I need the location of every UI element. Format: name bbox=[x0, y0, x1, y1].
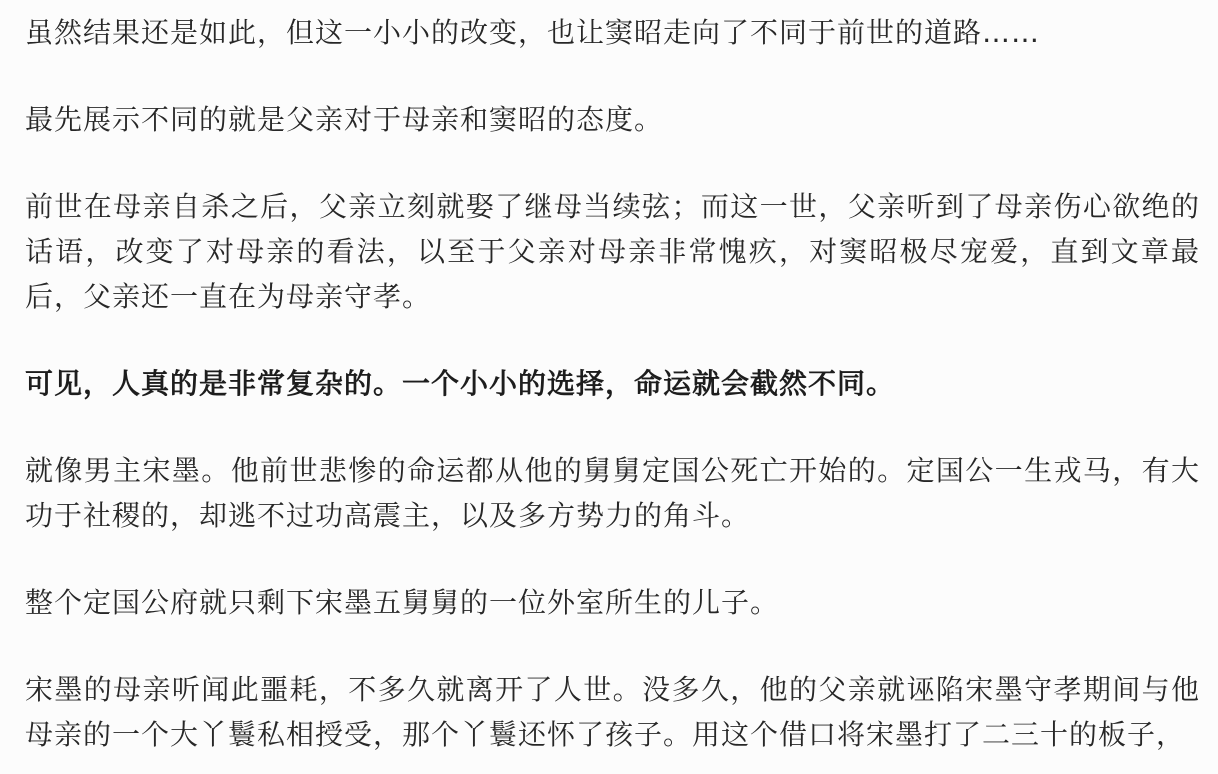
paragraph-7: 宋墨的母亲听闻此噩耗，不多久就离开了人世。没多久，他的父亲就诬陷宋墨守孝期间与他… bbox=[25, 667, 1200, 757]
article-body: 虽然结果还是如此，但这一小小的改变，也让窦昭走向了不同于前世的道路…… 最先展示… bbox=[0, 0, 1218, 774]
paragraph-1: 虽然结果还是如此，但这一小小的改变，也让窦昭走向了不同于前世的道路…… bbox=[25, 10, 1200, 55]
paragraph-6: 整个定国公府就只剩下宋墨五舅舅的一位外室所生的儿子。 bbox=[25, 580, 1200, 625]
paragraph-4-emphasis: 可见，人真的是非常复杂的。一个小小的选择，命运就会截然不同。 bbox=[25, 361, 1200, 406]
paragraph-3: 前世在母亲自杀之后，父亲立刻就娶了继母当续弦；而这一世，父亲听到了母亲伤心欲绝的… bbox=[25, 184, 1200, 319]
paragraph-2: 最先展示不同的就是父亲对于母亲和窦昭的态度。 bbox=[25, 97, 1200, 142]
paragraph-5: 就像男主宋墨。他前世悲惨的命运都从他的舅舅定国公死亡开始的。定国公一生戎马，有大… bbox=[25, 448, 1200, 538]
